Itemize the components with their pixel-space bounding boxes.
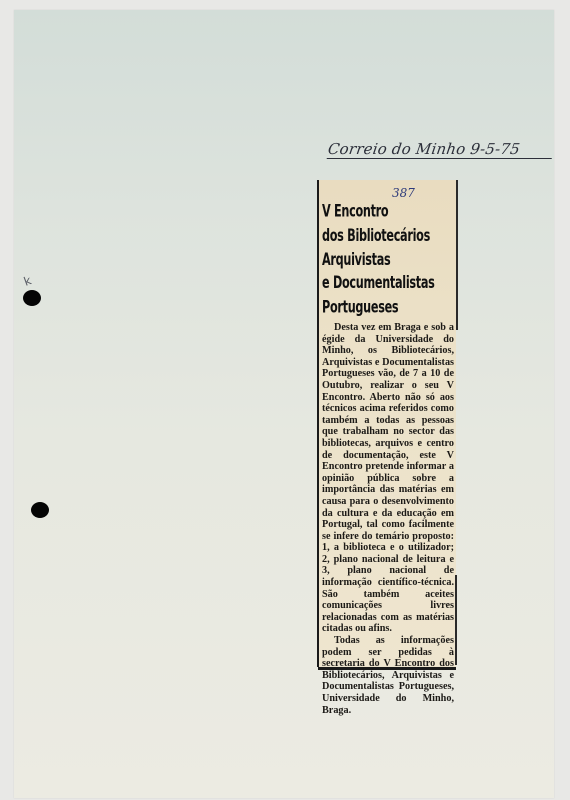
- headline-line: e Documentalistas: [322, 267, 452, 291]
- punch-hole-bottom: [31, 502, 49, 518]
- headline-line: dos Bibliotecários: [322, 219, 452, 243]
- clipping-article-body: Desta vez em Braga e sob a égide da Univ…: [322, 322, 454, 716]
- archive-sheet: [14, 10, 554, 798]
- article-paragraph: Desta vez em Braga e sob a égide da Univ…: [322, 322, 454, 635]
- headline-line: Portugueses: [322, 291, 452, 315]
- clipping-column-rule: [455, 575, 457, 665]
- headline-line: V Encontro: [322, 195, 452, 219]
- clipping-headline: V Encontro dos Bibliotecários Arquivista…: [322, 195, 452, 315]
- handwritten-source-note: Correio do Minho 9-5-75: [327, 140, 555, 159]
- punch-hole-top: [23, 290, 41, 306]
- clipping-column-rule: [456, 180, 458, 330]
- article-paragraph: Todas as informações podem ser pedidas à…: [322, 635, 454, 716]
- headline-line: Arquivistas: [322, 243, 452, 267]
